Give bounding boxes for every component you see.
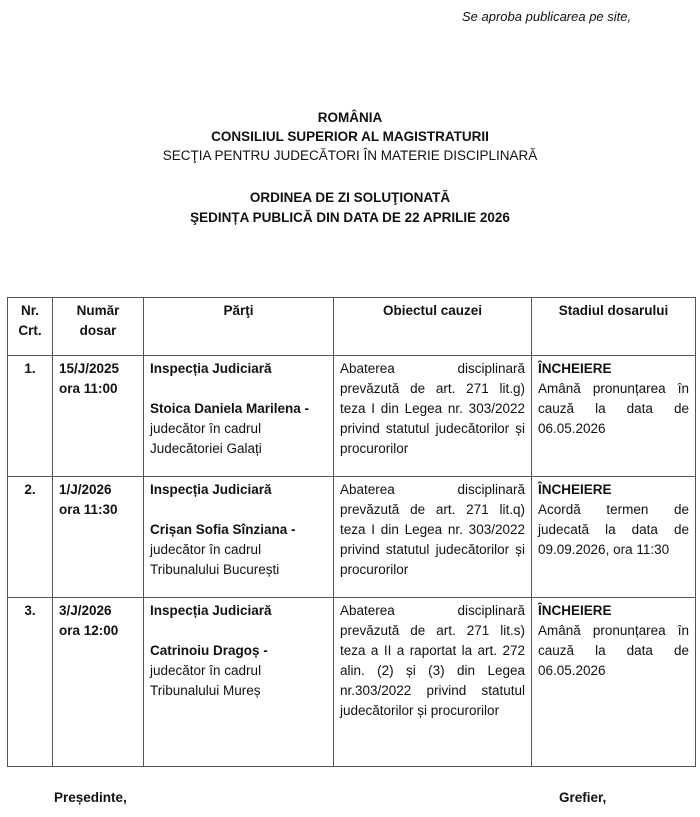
title-line-2: ŞEDINȚA PUBLICĂ DIN DATA DE 22 APRILIE 2… [0,208,700,228]
case-status: Amână pronunțarea în cauză la data de 06… [538,621,689,681]
defendant-name: Crișan Sofia Sînziana - [150,520,327,540]
row-number: 1. [8,356,53,477]
case-status: Acordă termen de judecată la data de 09.… [538,500,689,560]
document-header: ROMÂNIA CONSILIUL SUPERIOR AL MAGISTRATU… [0,108,700,165]
table-row: 2. 1/J/2026 ora 11:30 Inspecția Judiciar… [8,477,696,598]
table-row: 3. 3/J/2026 ora 12:00 Inspecția Judiciar… [8,598,696,767]
case-verdict: ÎNCHEIERE [538,359,689,379]
case-number-cell: 1/J/2026 ora 11:30 [53,477,144,598]
defendant-court: Tribunalului București [150,560,327,580]
parties-cell: Inspecția Judiciară Catrinoiu Dragoș - j… [144,598,334,767]
case-number: 15/J/2025 [59,359,137,379]
table-row: 1. 15/J/2025 ora 11:00 Inspecția Judicia… [8,356,696,477]
document-title: ORDINEA DE ZI SOLUŢIONATĂ ŞEDINȚA PUBLIC… [0,188,700,228]
plaintiff: Inspecția Judiciară [150,359,327,379]
defendant-name: Catrinoiu Dragoș - [150,641,327,661]
parties-cell: Inspecția Judiciară Crișan Sofia Sînzian… [144,477,334,598]
column-header-dosar: Număr dosar [53,298,144,356]
table-header-row: Nr. Crt. Număr dosar Părţi Obiectul cauz… [8,298,696,356]
case-number-cell: 3/J/2026 ora 12:00 [53,598,144,767]
defendant-role: judecător în cadrul [150,419,327,439]
column-header-obiect: Obiectul cauzei [334,298,532,356]
column-header-stadiu: Stadiul dosarului [532,298,696,356]
case-status-cell: ÎNCHEIERE Amână pronunțarea în cauză la … [532,598,696,767]
case-verdict: ÎNCHEIERE [538,601,689,621]
column-header-nr: Nr. Crt. [8,298,53,356]
clerk-signature-label: Grefier, [559,790,606,805]
title-line-1: ORDINEA DE ZI SOLUŢIONATĂ [0,188,700,208]
case-object: Abaterea disciplinară prevăzută de art. … [334,356,532,477]
case-number: 1/J/2026 [59,480,137,500]
section-name: SECŢIA PENTRU JUDECĂTORI ÎN MATERIE DISC… [0,146,700,165]
defendant-role: judecător în cadrul [150,540,327,560]
parties-cell: Inspecția Judiciară Stoica Daniela Maril… [144,356,334,477]
row-number: 3. [8,598,53,767]
case-number: 3/J/2026 [59,601,137,621]
president-signature-label: Președinte, [54,790,127,805]
case-object: Abaterea disciplinară prevăzută de art. … [334,598,532,767]
approval-note: Se aproba publicarea pe site, [462,9,631,24]
plaintiff: Inspecția Judiciară [150,601,327,621]
case-time: ora 11:00 [59,379,137,399]
country-name: ROMÂNIA [0,108,700,127]
case-status-cell: ÎNCHEIERE Acordă termen de judecată la d… [532,477,696,598]
column-header-parti: Părţi [144,298,334,356]
case-number-cell: 15/J/2025 ora 11:00 [53,356,144,477]
defendant-court: Tribunalului Mureș [150,681,327,701]
case-time: ora 11:30 [59,500,137,520]
plaintiff: Inspecția Judiciară [150,480,327,500]
case-object: Abaterea disciplinară prevăzută de art. … [334,477,532,598]
institution-name: CONSILIUL SUPERIOR AL MAGISTRATURII [0,127,700,146]
defendant-role: judecător în cadrul [150,661,327,681]
case-time: ora 12:00 [59,621,137,641]
case-status: Amână pronunțarea în cauză la data de 06… [538,379,689,439]
row-number: 2. [8,477,53,598]
case-verdict: ÎNCHEIERE [538,480,689,500]
defendant-name: Stoica Daniela Marilena - [150,399,327,419]
case-status-cell: ÎNCHEIERE Amână pronunțarea în cauză la … [532,356,696,477]
defendant-court: Judecătoriei Galați [150,439,327,459]
agenda-table: Nr. Crt. Număr dosar Părţi Obiectul cauz… [7,297,696,767]
